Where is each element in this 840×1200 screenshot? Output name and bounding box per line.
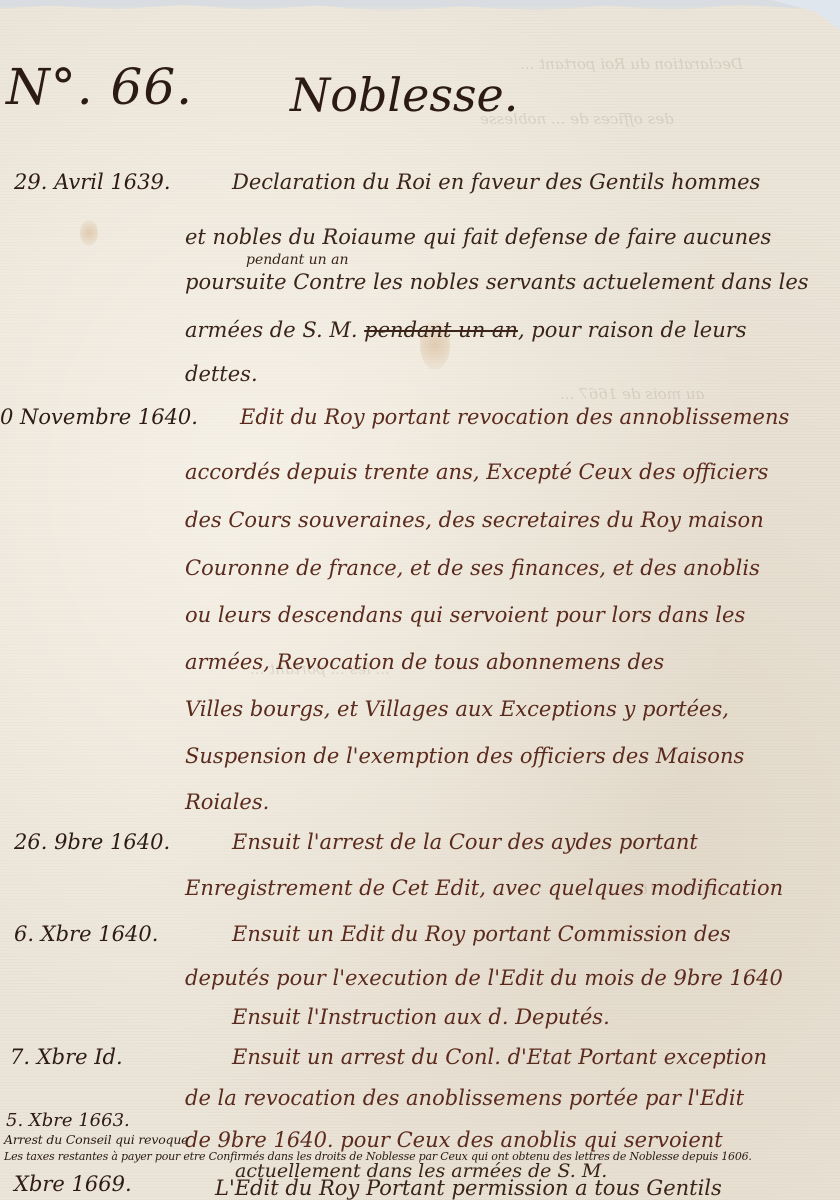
entry-line: Edit du Roy portant revocation des annob…	[240, 405, 789, 429]
entry-line: Villes bourgs, et Villages aux Exception…	[185, 697, 729, 721]
entry-date: 5. Xbre 1663.	[6, 1110, 130, 1131]
document-title: Noblesse.	[290, 68, 518, 122]
entry-line: Ensuit l'arrest de la Cour des aydes por…	[232, 830, 698, 854]
entry-line: deputés pour l'execution de l'Edit du mo…	[185, 966, 783, 990]
marginal-note: Arrest du Conseil qui revoque	[4, 1132, 188, 1147]
entry-line-text: poursuite Contre les nobles servants act…	[185, 270, 809, 294]
entry-date: 6. Xbre 1640.	[14, 922, 158, 946]
bleed-through-text: au mois de 1667 ...	[560, 385, 704, 403]
paper-stain	[80, 220, 98, 246]
entry-date: Xbre 1669.	[14, 1172, 132, 1196]
entry-line: et nobles du Roiaume qui fait defense de…	[185, 225, 771, 249]
entry-date: 0 Novembre 1640.	[0, 405, 198, 429]
torn-top-edge	[0, 0, 840, 14]
entry-line: L'Edit du Roy Portant permission a tous …	[215, 1176, 722, 1200]
entry-date: 7. Xbre Id.	[10, 1045, 123, 1069]
entry-line: poursuite Contre les nobles servants act…	[185, 270, 809, 294]
entry-line: Suspension de l'exemption des officiers …	[185, 744, 744, 768]
entry-line: Enregistrement de Cet Edit, avec quelque…	[185, 876, 783, 900]
entry-line: Ensuit un Edit du Roy portant Commission…	[232, 922, 731, 946]
entry-line: armées, Revocation de tous abonnemens de…	[185, 650, 664, 674]
entry-date: 26. 9bre 1640.	[14, 830, 170, 854]
entry-line-text: armées de S. M. pendant un an, pour rais…	[185, 318, 747, 342]
entry-line: armées de S. M. pendant un an, pour rais…	[185, 318, 747, 342]
entry-line: ou leurs descendans qui servoient pour l…	[185, 603, 745, 627]
entry-line: Ensuit un arrest du Conl. d'Etat Portant…	[232, 1045, 767, 1069]
entry-line: de 9bre 1640. pour Ceux des anoblis qui …	[185, 1128, 723, 1152]
entry-line: Ensuit l'Instruction aux d. Deputés.	[232, 1005, 610, 1029]
entry-line: de la revocation des anoblissemens porté…	[185, 1086, 744, 1110]
manuscript-page: Declaration du Roi portant ... des offic…	[0, 0, 840, 1200]
entry-line: accordés depuis trente ans, Excepté Ceux…	[185, 460, 768, 484]
entry-line: dettes.	[185, 362, 258, 386]
entry-line: Declaration du Roi en faveur des Gentils…	[232, 170, 760, 194]
struck-text: pendant un an	[364, 318, 518, 342]
entry-line: Couronne de france, et de ses finances, …	[185, 556, 760, 580]
marginal-note: Les taxes restantes à payer pour etre Co…	[4, 1150, 752, 1163]
entry-line: Roiales.	[185, 790, 269, 814]
document-number: N°. 66.	[6, 58, 193, 116]
entry-line: des Cours souveraines, des secretaires d…	[185, 508, 764, 532]
bleed-through-text: Declaration du Roi portant ...	[520, 55, 743, 73]
entry-date: 29. Avril 1639.	[14, 170, 171, 194]
insertion-note: pendant un an	[246, 252, 349, 268]
